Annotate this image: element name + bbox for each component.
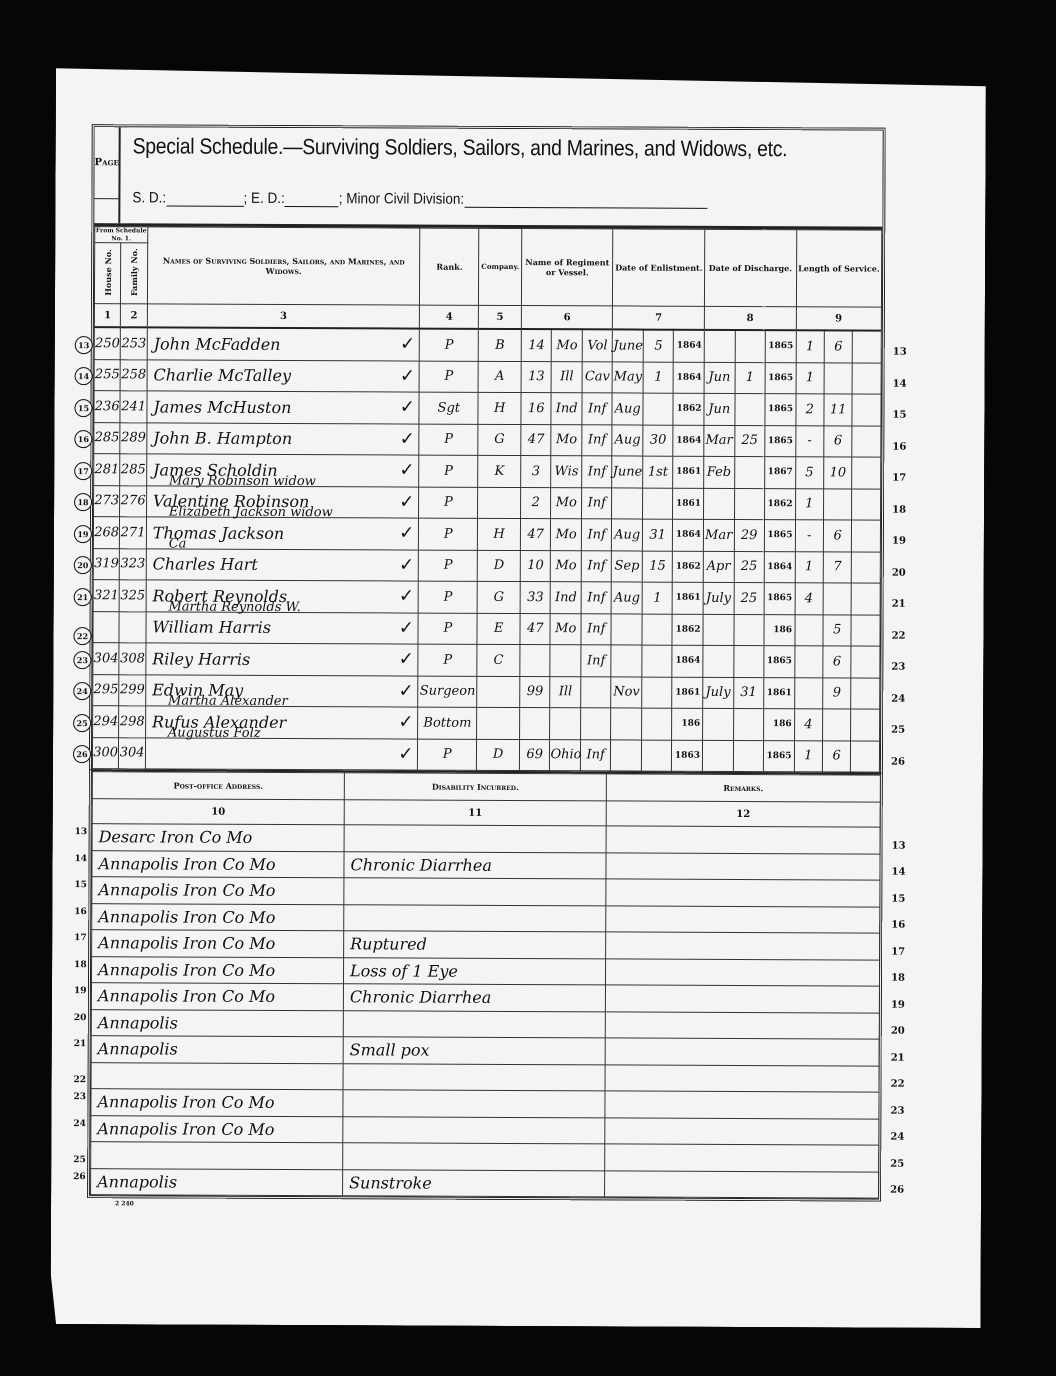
address-row: 26AnnapolisSunstroke26 <box>91 1168 879 1198</box>
disability <box>343 1010 605 1038</box>
from-schedule-header: From Schedule No. 1. <box>95 227 148 243</box>
enlistment-year: 1863 <box>672 740 703 772</box>
house-no: 319 <box>94 556 119 571</box>
service-years: 2 <box>795 394 824 426</box>
discharge-year: 186 <box>764 614 795 646</box>
line-number: 15 <box>74 399 92 417</box>
col-num: 2 <box>121 304 148 328</box>
table-row: 14255258Charlie McTalley✓PA13IllCavMay11… <box>94 359 881 394</box>
col-num: 7 <box>613 306 705 330</box>
col-num: 1 <box>94 304 121 328</box>
names-header: Names of Surviving Soldiers, Sailors, an… <box>147 227 420 305</box>
service-years: 1 <box>795 551 824 583</box>
table-row: 20319323CaCharles Hart✓PD10MoInfSep15186… <box>93 548 880 583</box>
enlistment-day: 15 <box>642 551 673 583</box>
discharge-month: Feb <box>704 456 735 488</box>
house-no: 295 <box>94 682 119 697</box>
upper-section: Page Special Schedule.—Surviving Soldier… <box>89 124 886 772</box>
disability <box>344 878 606 906</box>
check-mark-icon: ✓ <box>399 460 414 481</box>
discharge-day <box>733 645 764 677</box>
address-header: Post-office Address. <box>92 772 344 800</box>
disability <box>344 825 606 853</box>
rank: P <box>418 613 477 645</box>
right-line-number: 16 <box>892 441 906 452</box>
check-mark-icon: ✓ <box>399 491 414 512</box>
disability: Sunstroke <box>343 1169 605 1197</box>
company: E <box>477 613 520 645</box>
discharge-year: 1867 <box>765 457 796 489</box>
line-number: 16 <box>74 430 92 448</box>
discharge-month <box>704 330 735 362</box>
rank: P <box>418 644 477 676</box>
family-no: 299 <box>119 674 146 706</box>
soldier-name: John McFadden <box>154 334 281 354</box>
col-num: 5 <box>479 305 522 329</box>
discharge-year: 1865 <box>765 362 796 394</box>
enlistment-day: 1st <box>643 456 674 488</box>
right-line-number: 26 <box>891 756 905 767</box>
rank: P <box>420 329 479 361</box>
enlistment-year: 1861 <box>673 488 704 520</box>
check-mark-icon: ✓ <box>399 523 414 544</box>
enlistment-day: 1 <box>642 582 673 614</box>
address-row: 19Annapolis Iron Co MoChronic Diarrhea19 <box>91 983 879 1013</box>
enlistment-month: Aug <box>612 582 643 614</box>
disability: Chronic Diarrhea <box>343 984 605 1012</box>
discharge-year: 1864 <box>764 551 795 583</box>
soldier-name: Charlie McTalley <box>153 366 291 386</box>
form-title: Special Schedule.—Surviving Soldiers, Sa… <box>133 133 788 162</box>
rank: P <box>419 518 478 550</box>
service-years: 5 <box>795 457 824 489</box>
regiment-type: Inf <box>581 550 612 582</box>
disability <box>343 1063 605 1091</box>
enlistment-month: Nov <box>611 676 642 708</box>
house-no: 250 <box>95 336 120 351</box>
line-number: 19 <box>74 525 92 543</box>
service-months: 6 <box>824 425 853 457</box>
family-no: 276 <box>120 485 147 517</box>
regiment-state: Ind <box>551 393 582 425</box>
regiment-state: Mo <box>551 424 582 456</box>
regiment-number: 69 <box>519 739 550 771</box>
col-num: 4 <box>420 305 479 329</box>
service-years: - <box>795 520 824 552</box>
family-no: 271 <box>120 517 147 549</box>
service-months: 10 <box>824 457 853 489</box>
rank: Bottom <box>418 707 477 739</box>
post-office-address: Annapolis Iron Co Mo <box>98 933 275 953</box>
discharge-year: 1862 <box>765 488 796 520</box>
company: A <box>478 361 521 393</box>
house-no: 281 <box>94 462 119 477</box>
regiment-state: Mo <box>551 487 582 519</box>
line-number: 14 <box>75 854 88 864</box>
right-line-number: 22 <box>892 630 906 641</box>
address-row: 24Annapolis Iron Co Mo24 <box>91 1115 879 1145</box>
house-no: 321 <box>94 588 119 603</box>
discharge-year: 186 <box>764 709 795 741</box>
lower-section: Post-office Address. Disability Incurred… <box>87 769 883 1201</box>
discharge-day: 25 <box>734 425 765 457</box>
rank: P <box>419 550 478 582</box>
regiment-type: Inf <box>581 519 612 551</box>
enlistment-month <box>612 487 643 519</box>
soldier-name: Charles Hart <box>153 555 258 574</box>
regiment-state: Mo <box>551 519 582 551</box>
discharge-year: 1865 <box>763 740 794 772</box>
discharge-day <box>733 614 764 646</box>
line-number: 22 <box>74 1075 87 1085</box>
company: D <box>477 739 520 771</box>
rank-header: Rank. <box>420 228 479 305</box>
disability <box>343 1116 605 1144</box>
family-no: 298 <box>119 706 146 738</box>
discharge-month: Apr <box>703 551 734 583</box>
post-office-address: Desarc Iron Co Mo <box>99 827 253 847</box>
enlistment-year: 1861 <box>673 582 704 614</box>
discharge-day <box>733 708 764 740</box>
company <box>478 487 521 519</box>
schedule-form: Page Special Schedule.—Surviving Soldier… <box>87 124 886 1210</box>
enlistment-month <box>611 613 642 645</box>
line-number: 20 <box>74 556 92 574</box>
regiment-number: 16 <box>521 393 552 425</box>
regiment-state: Wis <box>551 456 582 488</box>
widow-name: Mary Robinson widow <box>169 473 316 489</box>
discharge-year: 1865 <box>765 394 796 426</box>
enlistment-day <box>643 393 674 425</box>
address-row: 2222 <box>91 1062 879 1092</box>
right-line-number: 16 <box>891 920 905 931</box>
rank: Surgeon <box>418 676 477 708</box>
house-no: 300 <box>93 745 118 760</box>
line-number: 25 <box>73 714 91 732</box>
discharge-month <box>704 488 735 520</box>
enlistment-year: 1864 <box>673 425 704 457</box>
line-number: 19 <box>74 986 87 996</box>
service-months <box>823 709 852 741</box>
line-number: 24 <box>73 682 91 700</box>
regiment-type: Inf <box>581 613 612 645</box>
discharge-month <box>703 708 734 740</box>
disability: Loss of 1 Eye <box>343 957 605 985</box>
family-no <box>119 611 146 643</box>
post-office-address: Annapolis Iron Co Mo <box>97 1092 274 1112</box>
line-number: 25 <box>73 1155 86 1165</box>
discharge-year: 1865 <box>765 330 796 362</box>
address-row: 16Annapolis Iron Co Mo16 <box>92 903 880 933</box>
disability: Ruptured <box>344 931 606 959</box>
line-number: 23 <box>73 651 91 669</box>
line-number: 17 <box>74 462 92 480</box>
rank: P <box>418 581 477 613</box>
col-num: 6 <box>521 306 613 330</box>
remarks-header: Remarks. <box>606 774 880 802</box>
right-line-number: 18 <box>891 973 905 984</box>
rank: P <box>418 739 477 771</box>
widow-name: Martha Reynolds W. <box>168 599 300 615</box>
service-years: 1 <box>796 362 825 394</box>
disability: Small pox <box>343 1037 605 1065</box>
page-number-field <box>94 198 118 223</box>
discharge-day: 31 <box>733 677 764 709</box>
regiment-number: 3 <box>521 456 552 488</box>
check-mark-icon: ✓ <box>400 365 415 386</box>
check-mark-icon: ✓ <box>400 428 415 449</box>
post-office-address: Annapolis Iron Co Mo <box>98 986 275 1006</box>
enlistment-day: 5 <box>643 330 674 362</box>
enlistment-year: 1861 <box>672 677 703 709</box>
company: C <box>477 644 520 676</box>
regiment-type: Inf <box>582 456 613 488</box>
soldier-name: William Harris <box>152 618 271 638</box>
col-num: 3 <box>147 304 420 329</box>
address-row: 2525 <box>91 1142 879 1172</box>
service-months: 7 <box>823 551 852 583</box>
service-months: 6 <box>824 330 853 362</box>
service-months: 6 <box>823 646 852 678</box>
regiment-type: Inf <box>582 424 613 456</box>
rank: P <box>419 424 478 456</box>
table-row: 26300304Augustus Folz✓PD69OhioInf1863186… <box>92 737 879 772</box>
discharge-month <box>703 614 734 646</box>
house-no: 236 <box>95 399 120 414</box>
family-no: 241 <box>120 391 147 423</box>
service-years: 4 <box>795 583 824 615</box>
line-number: 22 <box>73 627 91 645</box>
discharge-year: 1865 <box>764 583 795 615</box>
discharge-day <box>735 330 766 362</box>
check-mark-icon: ✓ <box>398 680 413 701</box>
service-years <box>794 614 823 646</box>
house-no: 304 <box>94 651 119 666</box>
regiment-type <box>581 708 612 740</box>
family-no: 304 <box>119 737 146 769</box>
service-years: - <box>795 425 824 457</box>
col-num: 11 <box>344 800 606 826</box>
regiment-type: Vol <box>582 329 613 361</box>
enlistment-month <box>611 645 642 677</box>
rank: P <box>419 487 478 519</box>
ed-field <box>285 206 339 207</box>
mcd-label: ; Minor Civil Division: <box>339 190 464 208</box>
discharge-day <box>734 488 765 520</box>
enlistment-day <box>642 677 673 709</box>
company: G <box>478 424 521 456</box>
line-number: 26 <box>73 1172 86 1182</box>
discharge-month: Jun <box>704 362 735 394</box>
sd-field <box>166 205 243 206</box>
discharge-header: Date of Discharge. <box>704 229 796 306</box>
address-row: 18Annapolis Iron Co MoLoss of 1 Eye18 <box>91 956 879 986</box>
regiment-number: 47 <box>520 519 551 551</box>
disability: Chronic Diarrhea <box>344 851 606 879</box>
discharge-year: 1865 <box>765 425 796 457</box>
enlistment-month: Aug <box>612 519 643 551</box>
service-months: 6 <box>823 520 852 552</box>
regiment-number: 10 <box>520 550 551 582</box>
right-line-number: 24 <box>890 1132 904 1143</box>
right-line-number: 18 <box>892 504 906 515</box>
soldier-name: John B. Hampton <box>153 429 292 449</box>
address-table: Post-office Address. Disability Incurred… <box>90 771 881 1198</box>
enlistment-year: 1862 <box>673 551 704 583</box>
address-row: 14Annapolis Iron Co MoChronic Diarrhea14 <box>92 850 880 880</box>
line-number: 13 <box>75 827 88 837</box>
right-line-number: 23 <box>890 1105 904 1116</box>
right-line-number: 26 <box>890 1185 904 1196</box>
company: K <box>478 455 521 487</box>
company: D <box>478 550 521 582</box>
family-no: 289 <box>120 422 147 454</box>
regiment-number <box>520 708 551 740</box>
service-months: 11 <box>824 394 853 426</box>
enlistment-day: 31 <box>642 519 673 551</box>
address-row: 13Desarc Iron Co Mo13 <box>92 824 880 854</box>
service-years: 1 <box>795 488 824 520</box>
regiment-header: Name of Regiment or Vessel. <box>521 229 613 306</box>
line-number: 26 <box>73 745 91 763</box>
enlistment-day: 1 <box>643 362 674 394</box>
soldiers-table: From Schedule No. 1. Names of Surviving … <box>92 226 882 772</box>
right-line-number: 19 <box>891 999 905 1010</box>
enlistment-day <box>642 488 673 520</box>
widow-name: Elizabeth Jackson widow <box>169 504 333 520</box>
discharge-day <box>734 393 765 425</box>
regiment-number: 47 <box>520 613 551 645</box>
line-number: 17 <box>74 933 87 943</box>
enlistment-year: 1861 <box>673 456 704 488</box>
post-office-address: Annapolis <box>98 1013 178 1032</box>
company: B <box>478 329 521 361</box>
company: H <box>478 518 521 550</box>
house-no-header: House No. <box>103 249 113 295</box>
regiment-type: Cav <box>582 361 613 393</box>
line-number: 18 <box>74 960 87 970</box>
regiment-state: Mo <box>550 613 581 645</box>
discharge-year: 1865 <box>764 520 795 552</box>
table-row: 22Martha Reynolds W.William Harris✓PE47M… <box>93 611 880 646</box>
enlistment-day: 30 <box>643 425 674 457</box>
address-row: 21AnnapolisSmall pox21 <box>91 1036 879 1066</box>
census-page: Page Special Schedule.—Surviving Soldier… <box>50 62 985 1328</box>
discharge-day: 25 <box>734 551 765 583</box>
check-mark-icon: ✓ <box>399 649 414 670</box>
col-num: 10 <box>92 799 344 825</box>
ed-label: ; E. D.: <box>244 190 285 207</box>
widow-name: Martha Alexander <box>168 693 288 709</box>
right-line-number: 13 <box>892 840 906 851</box>
company: H <box>478 392 521 424</box>
service-months <box>823 583 852 615</box>
discharge-month: Mar <box>703 519 734 551</box>
widow-name: Ca <box>169 536 187 551</box>
enlistment-month: Aug <box>612 424 643 456</box>
family-no: 285 <box>120 454 147 486</box>
right-line-number: 13 <box>893 347 907 358</box>
enlistment-year: 186 <box>672 708 703 740</box>
regiment-number: 99 <box>520 676 551 708</box>
family-no: 258 <box>120 359 147 391</box>
regiment-state: Ohio <box>550 739 581 771</box>
house-no: 255 <box>95 367 120 382</box>
post-office-address: Annapolis Iron Co Mo <box>98 960 275 980</box>
table-row: 23304308Riley Harris✓PCInf18641865623 <box>93 643 880 678</box>
service-years: 1 <box>796 330 825 362</box>
discharge-year: 1861 <box>764 677 795 709</box>
right-line-number: 14 <box>893 378 907 389</box>
table-row: 15236241James McHuston✓SgtH16IndInfAug18… <box>94 391 881 426</box>
rank: P <box>419 361 478 393</box>
sd-label: S. D.: <box>133 189 167 206</box>
soldier-name: Riley Harris <box>152 649 250 668</box>
col-num: 12 <box>606 801 880 827</box>
regiment-type: Inf <box>581 487 612 519</box>
discharge-day <box>734 456 765 488</box>
family-no: 308 <box>119 643 146 675</box>
discharge-month <box>703 645 734 677</box>
right-line-number: 20 <box>892 567 906 578</box>
regiment-type: Inf <box>581 582 612 614</box>
right-line-number: 21 <box>892 599 906 610</box>
regiment-number: 14 <box>521 329 552 361</box>
check-mark-icon: ✓ <box>398 743 413 764</box>
house-no: 294 <box>93 714 118 729</box>
enlistment-month: Sep <box>612 550 643 582</box>
service-months <box>823 488 852 520</box>
line-number: 24 <box>73 1119 86 1129</box>
service-months <box>824 362 853 394</box>
line-number: 14 <box>75 367 93 385</box>
rank: Sgt <box>419 392 478 424</box>
company <box>477 676 520 708</box>
right-line-number: 14 <box>892 867 906 878</box>
address-row: 17Annapolis Iron Co MoRuptured17 <box>92 930 880 960</box>
enlistment-day <box>642 614 673 646</box>
post-office-address: Annapolis Iron Co Mo <box>98 880 275 900</box>
enlistment-year: 1864 <box>674 362 705 394</box>
line-number: 16 <box>74 907 87 917</box>
discharge-month: Jun <box>704 393 735 425</box>
regiment-number: 2 <box>520 487 551 519</box>
post-office-address: Annapolis <box>97 1172 177 1191</box>
regiment-number: 33 <box>520 582 551 614</box>
disability <box>344 904 606 932</box>
enlistment-month: June <box>612 456 643 488</box>
regiment-type: Inf <box>581 645 612 677</box>
enlistment-day <box>642 645 673 677</box>
col-num: 8 <box>704 306 796 330</box>
address-row: 23Annapolis Iron Co Mo23 <box>91 1089 879 1119</box>
discharge-month: July <box>703 582 734 614</box>
widow-name: Augustus Folz <box>168 725 261 740</box>
right-line-number: 23 <box>891 662 905 673</box>
regiment-number: 13 <box>521 361 552 393</box>
regiment-state: Ill <box>550 676 581 708</box>
family-no: 323 <box>120 548 147 580</box>
enlistment-year: 1864 <box>674 330 705 362</box>
right-line-number: 17 <box>891 946 905 957</box>
service-header: Length of Service. <box>796 230 882 307</box>
service-months: 9 <box>823 677 852 709</box>
mcd-field <box>464 207 707 209</box>
enlistment-month <box>611 739 642 771</box>
enlistment-month: Aug <box>612 393 643 425</box>
check-mark-icon: ✓ <box>400 334 415 355</box>
enlistment-header: Date of Enlistment. <box>613 229 705 306</box>
